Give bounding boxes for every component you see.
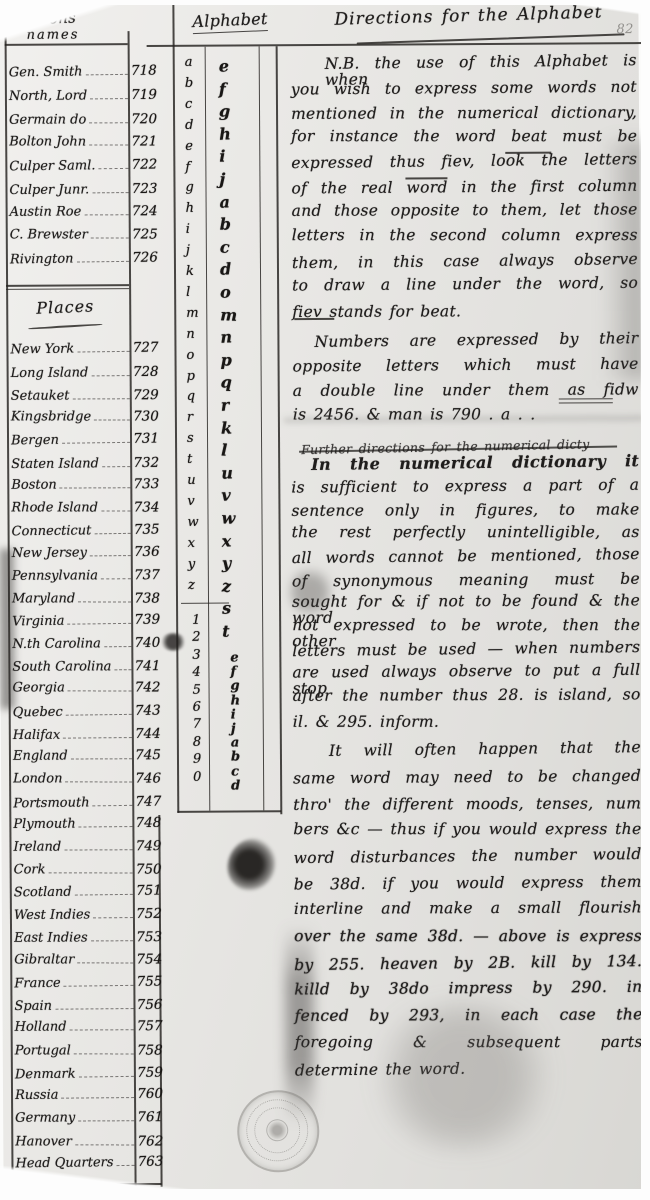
cipher-letter: k [221,418,232,437]
place-row: N.th Carolina740 [12,631,160,652]
leader-dashes [67,622,131,624]
leader-dashes [77,962,133,963]
place-row: New Jersey736 [12,540,160,561]
cipher-letter: d [220,260,232,279]
place-code: 736 [134,544,160,560]
cipher-letter: c [220,237,230,256]
cipher-letter: u [221,463,233,482]
person-name: North, Lord [9,89,87,105]
cipher-digit: i [231,707,236,722]
directions-line: a double line under them as fidw [293,382,639,399]
place-row: Bergen731 [11,427,159,449]
place-name: South Carolina [12,659,111,674]
place-name: Portsmouth [13,795,89,811]
plain-letter: g [185,180,193,195]
place-name: Boston [11,478,57,493]
plain-letter: d [185,117,193,132]
plain-digit: 3 [192,648,200,663]
place-row: Holland757 [15,1015,163,1036]
persons-header-line1: Persons [14,8,76,29]
rule-section-separator-a [6,284,129,286]
cipher-letter: h [219,124,231,143]
directions-line: to draw a line under the word, so [292,275,638,293]
place-name: Maryland [12,592,75,607]
plain-digit: 2 [192,630,200,645]
leader-dashes [60,487,131,488]
place-row: Connecticut735 [11,518,159,540]
person-name: Germain do [9,112,86,127]
person-code: 720 [131,111,157,127]
leader-dashes [102,466,131,467]
directions-line: over the same 38d. — above is express [294,929,642,945]
cipher-letter: g [219,102,231,121]
document-photo: Persons names Places Alphabet Directions… [0,0,650,1200]
place-name: Quebec [13,704,63,720]
place-code: 738 [134,591,160,607]
place-row: East Indies753 [14,925,162,946]
leader-dashes [71,758,132,759]
leader-dashes [55,1008,134,1010]
place-code: 756 [137,997,163,1013]
place-code: 761 [137,1110,163,1126]
leader-dashes [75,1144,135,1145]
person-name: C. Brewster [10,228,88,243]
plain-letter: s [187,431,194,446]
place-code: 752 [136,906,162,922]
plain-digit: 9 [193,752,201,767]
place-name: England [13,749,68,764]
directions-line: fiev stands for beat. [292,302,461,321]
place-row: Ireland749 [13,834,161,855]
person-row: Germain do720 [9,107,157,128]
leader-dashes [93,917,133,918]
place-name: Holland [15,1020,67,1035]
leader-dashes [79,826,133,827]
leader-dashes [73,398,130,399]
directions-line: Numbers are expressed by their [314,331,638,350]
plain-letter: a [185,55,193,70]
rule-alphabet-divider [205,47,211,811]
directions-line: foregoing & subsequent parts [295,1035,643,1051]
leader-dashes [61,1097,134,1099]
place-name: Spain [14,999,52,1014]
leader-dashes [65,782,132,783]
cipher-letter: i [219,147,225,166]
leader-dashes [91,940,134,941]
directions-line: bers &c — thus if you would express the [293,822,641,838]
cipher-digit: c [231,764,239,779]
place-name: Bergen [11,433,59,449]
place-row: Setauket729 [11,383,159,404]
directions-line: of synonymous meaning must be [292,572,640,590]
plain-digit: 7 [193,717,201,732]
places-header-flourish [28,323,102,329]
cipher-letter: f [219,79,226,98]
place-code: 751 [136,882,162,898]
ink-blot [227,838,275,890]
place-row: London746 [13,767,161,787]
directions-line: them, in this case always observe [292,252,638,272]
plain-letter: o [186,347,194,362]
rule-alphabet-right-border [259,46,265,810]
leader-dashes [63,737,132,739]
place-code: 733 [133,476,159,492]
directions-heading: Directions for the Alphabet [334,2,603,29]
place-name: Georgia [13,681,65,696]
cipher-letter: a [219,192,230,211]
place-row: Cork750 [14,858,162,878]
person-code: 718 [131,63,157,79]
place-name: Plymouth [13,817,75,833]
plain-letter: c [185,97,192,112]
directions-line: killd by 38do impress by 290. in [294,979,642,997]
directions-line: interline and make a small flourish [294,901,642,918]
place-name: Staten Island [11,456,99,472]
cipher-letter: x [221,531,231,550]
cipher-letter: s [222,599,232,618]
cipher-digit: j [231,722,236,737]
leader-dashes [70,1030,134,1031]
place-row: Portsmouth747 [13,789,161,811]
embossed-seal [237,1090,319,1172]
place-code: 732 [133,454,159,470]
directions-line: fenced by 293, in each case the [295,1007,643,1024]
plain-letter: j [186,243,190,258]
place-name: Germany [15,1111,75,1126]
place-code: 753 [136,929,162,945]
place-code: 754 [136,951,162,967]
leader-dashes [101,578,131,579]
place-code: 759 [137,1064,163,1080]
directions-line: sentence only in figures, to make [291,503,639,520]
place-name: Pennsylvania [12,568,98,583]
plain-digit: 8 [193,735,201,750]
person-name: Culper Junr. [9,182,89,198]
person-row: Bolton John721 [9,129,157,149]
place-name: N.th Carolina [12,636,101,652]
cipher-letter: b [220,215,231,234]
plain-letter: b [185,76,193,91]
rule-header-underline [5,43,128,45]
directions-line: opposite letters which must have [293,357,639,375]
directions-line: determine the word. [295,1060,466,1080]
seal-center [266,1119,288,1141]
plain-letter: f [185,159,190,174]
cipher-letter: n [220,328,232,347]
plain-digit: 0 [193,769,201,784]
leader-dashes [89,122,128,123]
cipher-letter: m [220,305,237,324]
place-code: 727 [133,340,159,356]
place-name: Head Quarters [15,1155,113,1171]
place-row: South Carolina741 [12,654,160,675]
cipher-digit: e [230,651,238,666]
person-row: Culper Saml.722 [9,152,157,174]
plain-letter: r [187,410,193,425]
directions-line: is sufficient to express a part of a [291,478,639,496]
place-code: 735 [134,522,160,538]
place-code: 757 [137,1019,163,1035]
place-name: New Jersey [12,545,87,561]
place-row: Long Island728 [11,359,159,380]
place-code: 739 [134,611,160,627]
place-name: East Indies [14,931,88,946]
place-code: 758 [137,1042,163,1058]
place-name: Scotland [14,884,72,900]
leader-dashes [74,1053,134,1054]
cipher-letter: t [222,622,230,641]
plain-digit: 4 [192,665,200,680]
plain-letter: m [186,306,198,321]
place-name: Virginia [12,613,64,629]
directions-line: all words cannot be mentioned, those [292,547,640,567]
person-code: 725 [132,227,158,243]
place-row: Boston733 [11,472,159,493]
directions-line: be 38d. if you would express them [294,875,642,893]
leader-dashes [90,555,131,556]
cipher-digit: f [230,665,236,680]
directions-line: for instance the word beat must be [291,129,637,145]
place-row: Pennsylvania737 [12,563,160,584]
page-number: 82 [616,22,633,37]
place-row: Plymouth748 [13,811,161,832]
person-row: Austin Roe724 [10,199,158,220]
person-row: Rivington726 [10,246,158,268]
ink-blot-small [160,633,186,651]
place-row: Halifax744 [13,722,161,743]
place-row: West Indies752 [14,902,162,923]
place-code: 737 [134,567,160,583]
person-code: 723 [132,180,158,196]
place-code: 745 [135,747,161,763]
plain-digit: 6 [193,700,201,715]
plain-letter: n [186,326,194,341]
cipher-digit: d [231,778,240,793]
place-code: 750 [136,862,162,878]
place-code: 734 [134,500,160,516]
plain-letter: e [185,138,193,153]
rule-alphabet-bottom [177,810,281,812]
place-row: Quebec743 [13,698,161,720]
place-code: 728 [133,363,159,379]
leader-dashes [49,873,133,874]
person-name: Bolton John [9,134,86,149]
cipher-letter: r [220,395,229,414]
plain-letter: i [186,222,190,237]
place-row: Head Quarters763 [15,1149,163,1171]
rule-directions-left-border [276,46,282,814]
directions-line: expressed thus fiev, look the letters [291,152,637,172]
leader-dashes [94,533,130,534]
plain-digit: 5 [193,682,201,697]
place-code: 730 [133,409,159,425]
person-row: C. Brewster725 [10,223,158,243]
person-row: Culper Junr.723 [9,176,157,197]
directions-line: word disturbances the number would [294,847,642,867]
directions-line: letters must be used — when numbers [292,640,640,660]
place-name: New York [10,342,74,358]
directions-line: is 2456. & man is 790 . a . . [293,406,536,424]
place-row: Virginia739 [12,607,160,629]
leader-dashes [101,511,131,512]
place-name: Hanover [15,1134,72,1149]
place-code: 763 [138,1153,164,1169]
plain-letter: t [187,452,192,467]
cipher-letter: w [221,508,235,527]
person-name: Gen. Smith [9,65,83,81]
place-row: New York727 [10,336,158,358]
directions-line: of the real word in the first column [291,179,637,197]
place-name: Halifax [13,727,60,742]
leader-dashes [117,1165,135,1166]
plain-letter: q [187,389,195,404]
rule-alphabet-left-border [172,5,179,813]
place-code: 742 [135,680,161,696]
place-row: Maryland738 [12,587,160,607]
place-code: 731 [133,431,159,447]
directions-line: In the numerical dictionary it [311,453,639,473]
place-name: London [13,772,62,787]
leader-dashes [68,691,132,692]
place-code: 748 [136,815,162,831]
place-name: Denmark [15,1066,76,1082]
person-name: Culper Saml. [9,158,95,174]
plain-letter: z [188,577,195,592]
place-row: Hanover762 [15,1129,163,1149]
place-code: 741 [135,658,161,674]
place-row: Georgia742 [13,676,161,696]
leader-dashes [79,1076,135,1078]
place-name: Kingsbridge [11,410,91,425]
places-header: Places [36,296,95,317]
leader-dashes [84,214,129,215]
leader-dashes [99,168,129,169]
place-row: England745 [13,743,161,764]
directions-line: you wish to express some words not [291,79,637,97]
person-code: 724 [132,203,158,219]
place-code: 747 [135,793,161,809]
rule-section-separator-b [6,288,129,290]
place-row: Germany761 [15,1106,163,1127]
person-code: 721 [131,133,157,149]
place-row: Kingsbridge730 [11,405,159,425]
alphabet-heading: Alphabet [192,9,268,34]
place-code: 755 [136,973,162,989]
leader-dashes [78,602,131,603]
leader-dashes [62,442,130,444]
place-row: Denmark759 [15,1060,163,1082]
cipher-digit: a [231,736,240,751]
leader-dashes [86,74,129,76]
place-name: Rhode Island [11,501,98,516]
place-code: 746 [135,771,161,787]
place-code: 743 [135,702,161,718]
place-row: France755 [14,969,162,991]
place-code: 744 [135,726,161,742]
directions-line: and those opposite to them, let those [292,202,638,219]
plain-letter: y [188,556,195,571]
place-code: 749 [136,838,162,854]
person-name: Austin Roe [10,204,82,219]
place-row: Portugal758 [15,1038,163,1058]
leader-dashes [90,98,128,99]
person-code: 722 [131,156,157,172]
directions-line: letters in the second column express [292,228,638,244]
leader-dashes [91,238,129,239]
directions-line: mentioned in the numerical dictionary, [291,105,637,122]
leader-dashes [94,420,130,421]
directions-line: same word may need to be changed [293,768,641,786]
cipher-digit: h [231,693,241,708]
cipher-letter: y [222,554,231,573]
plain-digit: 1 [192,613,200,628]
leader-dashes [78,1121,134,1122]
rule-table-bottom [12,1183,162,1185]
directions-line: the rest perfectly unintelligible, as [292,525,640,541]
plain-letter: v [187,494,194,509]
place-row: Rhode Island734 [11,496,159,516]
leader-dashes [77,351,130,353]
cipher-letter: j [219,170,225,189]
person-code: 726 [132,250,158,266]
directions-line: by 255. heaven by 2B. kill by 134. [294,954,642,974]
leader-dashes [92,192,129,193]
cipher-letter: l [221,441,228,460]
place-row: Scotland751 [14,878,162,900]
person-row: North, Lord719 [9,83,157,104]
person-code: 719 [131,87,157,103]
place-name: Ireland [13,840,61,855]
place-name: Long Island [11,365,89,381]
directions-line: It will often happen that the [329,740,641,759]
underline-fidw-b [559,402,613,404]
cipher-letter: e [218,56,229,75]
leader-dashes [89,144,128,145]
leader-dashes [64,849,133,850]
place-code: 729 [133,387,159,403]
person-row: Gen. Smith718 [9,59,157,81]
plain-letter: u [187,473,195,488]
place-row: Staten Island732 [11,450,159,471]
leader-dashes [114,669,131,670]
place-name: France [14,976,61,992]
place-name: Portugal [15,1043,71,1058]
directions-line: after the number thus 28. is island, so [293,687,641,704]
cipher-letter: o [220,283,231,302]
cipher-letter: v [221,486,230,505]
directions-line: thro' the different moods, tenses, num [293,796,641,813]
plain-letter: l [186,285,190,300]
plain-letter: k [186,264,194,279]
place-row: Gibraltar754 [14,947,162,967]
place-code: 740 [134,635,160,651]
leader-dashes [77,261,130,263]
leader-dashes [104,646,132,647]
leader-dashes [93,804,133,806]
place-name: West Indies [14,907,90,923]
place-name: Connecticut [12,524,92,540]
rule-top-border [147,42,643,47]
plain-letter: h [186,201,194,216]
place-name: Gibraltar [14,952,74,967]
cipher-digit: g [230,679,239,694]
place-code: 762 [138,1133,164,1149]
cipher-letter: q [220,373,232,392]
leader-dashes [64,985,134,987]
leader-dashes [75,894,133,896]
plain-letter: p [187,368,195,383]
cipher-letter: z [222,576,232,595]
